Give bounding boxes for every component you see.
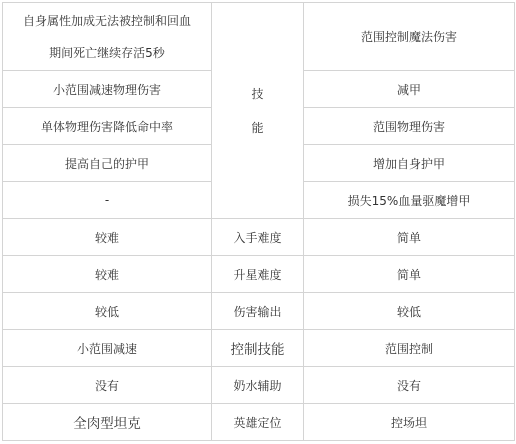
table-row: 自身属性加成无法被控制和回血 期间死亡继续存活5秒 技 能 范围控制魔法伤害 — [3, 3, 515, 71]
right-value-cell: 范围控制 — [304, 330, 515, 367]
left-skill-cell: - — [3, 182, 212, 219]
left-skill-cell: 单体物理伤害降低命中率 — [3, 108, 212, 145]
attribute-label-cell: 伤害输出 — [212, 293, 304, 330]
left-skill-cell: 小范围减速物理伤害 — [3, 71, 212, 108]
table-row: 较低 伤害输出 较低 — [3, 293, 515, 330]
left-skill-line: 自身属性加成无法被控制和回血 — [3, 5, 211, 37]
table-row: 较难 升星难度 简单 — [3, 256, 515, 293]
right-skill-cell: 增加自身护甲 — [304, 145, 515, 182]
right-value-cell: 控场坦 — [304, 404, 515, 441]
right-value-cell: 简单 — [304, 256, 515, 293]
attribute-label-cell: 入手难度 — [212, 219, 304, 256]
left-value-cell: 较难 — [3, 256, 212, 293]
right-skill-cell: 损失15%血量驱魔增甲 — [304, 182, 515, 219]
skills-label-char: 能 — [212, 111, 303, 145]
attribute-label-cell: 英雄定位 — [212, 404, 304, 441]
table-row: 较难 入手难度 简单 — [3, 219, 515, 256]
table-row: 全肉型坦克 英雄定位 控场坦 — [3, 404, 515, 441]
left-skill-line: 期间死亡继续存活5秒 — [3, 37, 211, 69]
left-value-cell: 较难 — [3, 219, 212, 256]
right-skill-cell: 范围控制魔法伤害 — [304, 3, 515, 71]
attribute-label-cell: 奶水辅助 — [212, 367, 304, 404]
right-skill-cell: 范围物理伤害 — [304, 108, 515, 145]
left-value-cell: 较低 — [3, 293, 212, 330]
left-skill-cell: 提高自己的护甲 — [3, 145, 212, 182]
hero-comparison-table: 自身属性加成无法被控制和回血 期间死亡继续存活5秒 技 能 范围控制魔法伤害 小… — [2, 2, 515, 441]
right-skill-cell: 减甲 — [304, 71, 515, 108]
table-row: 没有 奶水辅助 没有 — [3, 367, 515, 404]
left-value-cell: 没有 — [3, 367, 212, 404]
right-value-cell: 简单 — [304, 219, 515, 256]
right-value-cell: 较低 — [304, 293, 515, 330]
left-skill-cell: 自身属性加成无法被控制和回血 期间死亡继续存活5秒 — [3, 3, 212, 71]
skills-label-cell: 技 能 — [212, 3, 304, 219]
left-value-cell: 全肉型坦克 — [3, 404, 212, 441]
right-value-cell: 没有 — [304, 367, 515, 404]
skills-label-char: 技 — [212, 77, 303, 111]
attribute-label-cell: 升星难度 — [212, 256, 304, 293]
attribute-label-cell: 控制技能 — [212, 330, 304, 367]
table-row: 小范围减速 控制技能 范围控制 — [3, 330, 515, 367]
left-value-cell: 小范围减速 — [3, 330, 212, 367]
